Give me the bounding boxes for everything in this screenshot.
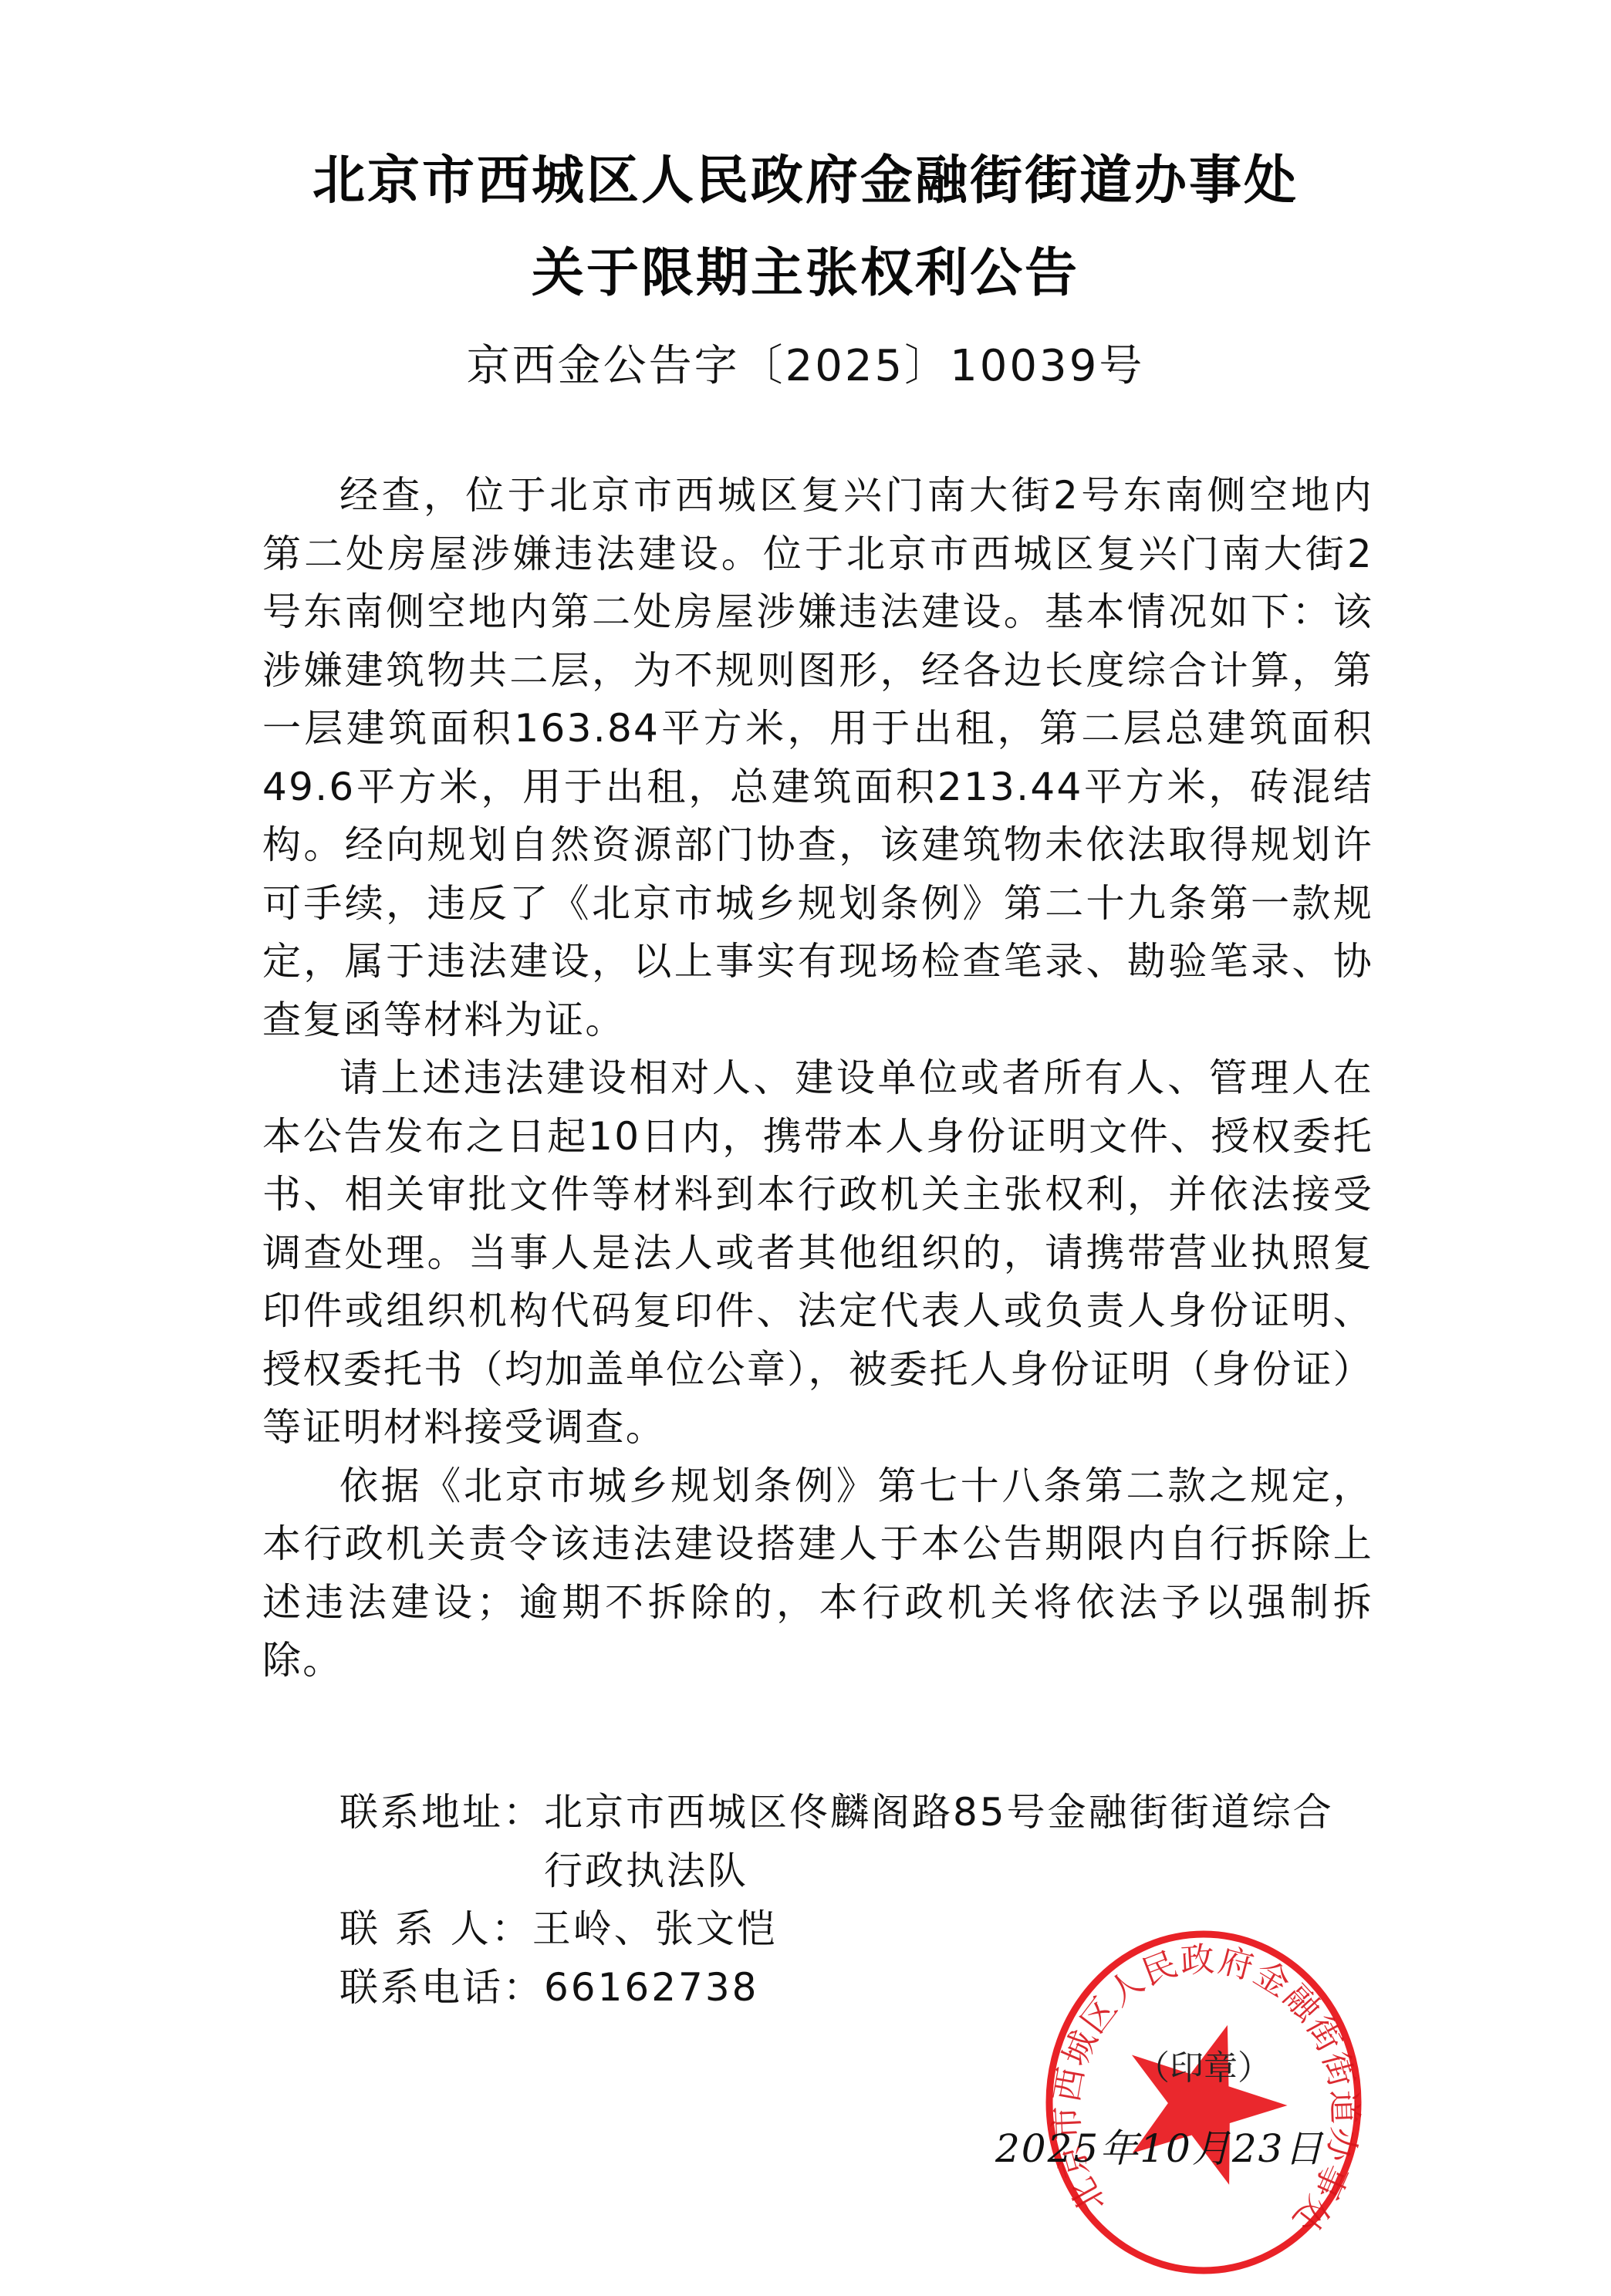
contact-phone-label: 联系电话： — [339, 1959, 544, 2017]
contact-person-label: 联 系 人： — [339, 1900, 532, 1959]
official-seal-stamp-icon: 北京市西城区人民政府金融街街道办事处 （印章） — [1042, 1921, 1366, 2276]
contact-address-label: 联系地址： — [339, 1784, 544, 1900]
paragraph-claim-rights: 请上述违法建设相对人、建设单位或者所有人、管理人在本公告发布之日起10日内，携带… — [262, 1049, 1373, 1457]
contact-address-value: 北京市西城区佟麟阁路85号金融街街道综合行政执法队 — [544, 1784, 1373, 1900]
paragraph-demolition-order: 依据《北京市城乡规划条例》第七十八条第二款之规定，本行政机关责令该违法建设搭建人… — [262, 1457, 1373, 1690]
document-body: 经查，位于北京市西城区复兴门南大街2号东南侧空地内第二处房屋涉嫌违法建设。位于北… — [262, 467, 1373, 1690]
notice-document: 北京市西城区人民政府金融街街道办事处 关于限期主张权利公告 京西金公告字〔202… — [0, 0, 1611, 2296]
document-number: 京西金公告字〔2025〕10039号 — [0, 332, 1611, 393]
document-title-issuer: 北京市西城区人民政府金融街街道办事处 — [0, 139, 1611, 214]
document-title-subject: 关于限期主张权利公告 — [0, 231, 1611, 306]
seal-center-label: （印章） — [1136, 2048, 1272, 2088]
paragraph-facts: 经查，位于北京市西城区复兴门南大街2号东南侧空地内第二处房屋涉嫌违法建设。位于北… — [262, 467, 1373, 1049]
signature-date: 2025年10月23日 — [995, 2118, 1325, 2173]
contact-address-row: 联系地址： 北京市西城区佟麟阁路85号金融街街道综合行政执法队 — [339, 1784, 1373, 1900]
